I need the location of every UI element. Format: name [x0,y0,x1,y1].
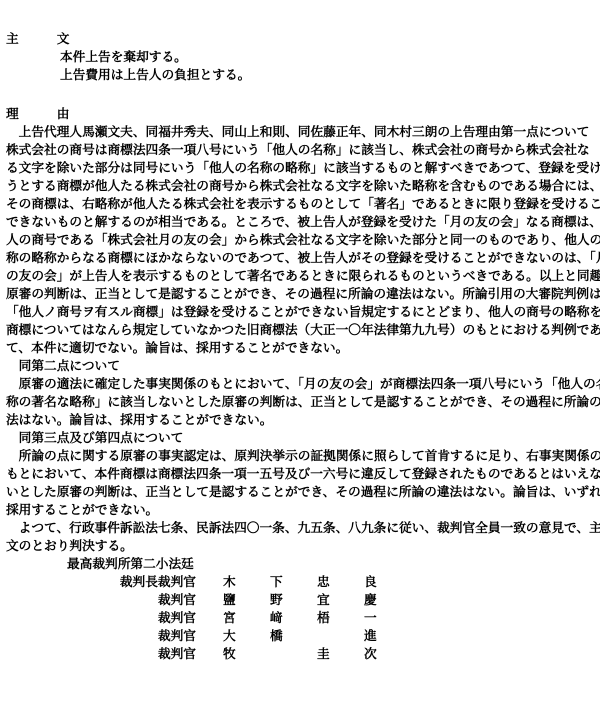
reasons-line: 法はない。論旨は、採用することができない。 [6,411,600,429]
judge-name-char: 橋 [270,627,317,645]
judge-name-char: 次 [364,645,411,663]
reasons-line: 商標についてはなんら規定していなかつた旧商標法（大正一〇年法律第九九号）のもとに… [6,321,600,339]
judge-name-char: 﨑 [270,609,317,627]
reasons-line: もとにおいて、本件商標は商標法四条一項一五号及び一六号に違反して登録されたもので… [6,465,600,483]
judge-name-char: 良 [364,573,411,591]
judge-name-char: 一 [364,609,411,627]
judge-name-char: 宜 [317,591,364,609]
reasons-line: うとする商標が他人たる株式会社の商号から株式会社なる文字を除いた略称を含むもので… [6,177,600,195]
judge-row: 裁判官 大 橋 進 [6,627,600,645]
reasons-line: 原審の判断は、正当として是認することができ、その過程に所論の違法はない。所論引用… [6,285,600,303]
reasons-line: て、本件に適切でない。論旨は、採用することができない。 [6,339,600,357]
reasons-heading: 理 由 [6,105,600,123]
judge-name-char: 下 [270,573,317,591]
judge-role: 裁判官 [6,645,196,663]
judge-name: 大 橋 進 [223,627,411,645]
judge-role: 裁判長裁判官 [6,573,196,591]
reasons-line: 同第三点及び第四点について [6,429,600,447]
judge-row: 裁判長裁判官 木 下 忠 良 [6,573,600,591]
judge-name-char: 梧 [317,609,364,627]
reasons-line: 同第二点について [6,357,600,375]
reasons-line: 文のとおり判決する。 [6,537,600,555]
judge-name-char: 木 [223,573,270,591]
reasons-line: 上告代理人馬瀬文夫、同福井秀夫、同山上和則、同佐藤正年、同木村三朗の上告理由第一… [6,123,600,141]
judge-name-char: 大 [223,627,270,645]
judge-role: 裁判官 [6,591,196,609]
reasons-line: る文字を除いた部分は同号にいう「他人の名称の略称」に該当するものと解すべきであつ… [6,159,600,177]
reasons-line: 称の著名な略称」に該当しないとした原審の判断は、正当として是認することができ、そ… [6,393,600,411]
judge-name-char: 慶 [364,591,411,609]
judge-name: 宮 﨑 梧 一 [223,609,411,627]
judge-name-char: 進 [364,627,411,645]
judge-role: 裁判官 [6,627,196,645]
reasons-line: 原審の適法に確定した事実関係のもとにおいて、「月の友の会」が商標法四条一項八号に… [6,375,600,393]
court-name: 最高裁判所第二小法廷 [67,555,600,573]
main-text-heading: 主 文 [6,30,600,48]
judge-name-char: 宮 [223,609,270,627]
reasons-line: できないものと解するのが相当である。ところで、被上告人が登録を受けた「月の友の会… [6,213,600,231]
reasons-line: 「他人ノ商号ヲ有スル商標」は登録を受けることができない旨規定するにとどまり、他人… [6,303,600,321]
judge-name: 木 下 忠 良 [223,573,411,591]
judge-role: 裁判官 [6,609,196,627]
judge-name-char [317,627,364,645]
judgment-document: 主 文 本件上告を棄却する。 上告費用は上告人の負担とする。 理 由 上告代理人… [0,0,600,708]
judge-name-char: 圭 [317,645,364,663]
blank-line [6,84,600,105]
reasons-line: よつて、行政事件訴訟法七条、民訴法四〇一条、九五条、八九条に従い、裁判官全員一致… [6,519,600,537]
main-text-line: 上告費用は上告人の負担とする。 [60,66,600,84]
judge-row: 裁判官 鹽 野 宜 慶 [6,591,600,609]
reasons-line: 称の略称からなる商標にほかならないのであつて、被上告人がその登録を受けることがで… [6,249,600,267]
judge-name-char: 牧 [223,645,270,663]
reasons-line: いとした原審の判断は、正当として是認することができ、その過程に所論の違法はない。… [6,483,600,501]
judge-name: 牧 圭 次 [223,645,411,663]
judge-name-char: 忠 [317,573,364,591]
reasons-line: の友の会」が上告人を表示するものとして著名であるときに限られるものというべきであ… [6,267,600,285]
reasons-line: その商標は、右略称が他人たる株式会社を表示するものとして「著名」であるときに限り… [6,195,600,213]
reasons-line: 人の商号である「株式会社月の友の会」から株式会社なる文字を除いた部分と同一のもの… [6,231,600,249]
reasons-line: 所論の点に関する原審の事実認定は、原判決挙示の証拠関係に照らして首肯するに足り、… [6,447,600,465]
judge-name-char: 鹽 [223,591,270,609]
reasons-line: 株式会社の商号は商標法四条一項八号にいう「他人の名称」に該当し、株式会社の商号か… [6,141,600,159]
judge-name-char [270,645,317,663]
judge-name-char: 野 [270,591,317,609]
judge-row: 裁判官 宮 﨑 梧 一 [6,609,600,627]
judge-name: 鹽 野 宜 慶 [223,591,411,609]
reasons-line: 採用することができない。 [6,501,600,519]
main-text-line: 本件上告を棄却する。 [60,48,600,66]
judge-row: 裁判官 牧 圭 次 [6,645,600,663]
